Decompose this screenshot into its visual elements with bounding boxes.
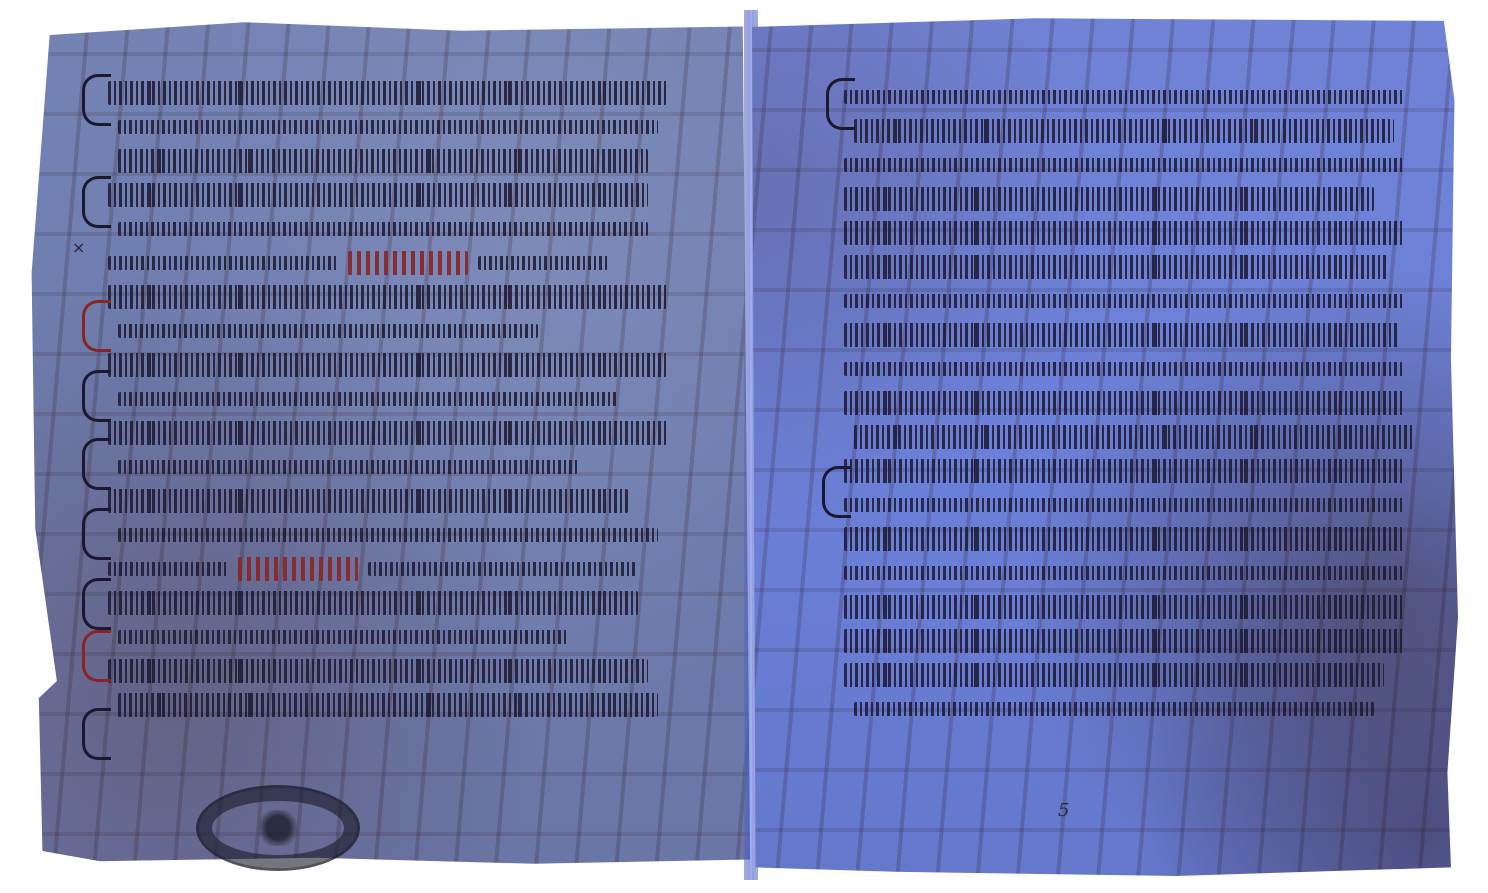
initial-letter-rubric	[82, 630, 111, 682]
text-line	[108, 518, 708, 552]
left-page	[28, 18, 750, 868]
text-line	[108, 382, 708, 416]
library-stamp	[196, 785, 360, 871]
text-line	[844, 386, 1424, 420]
text-line	[108, 416, 708, 450]
text-line	[108, 348, 708, 382]
rubric	[238, 557, 358, 581]
initial-letter	[82, 708, 111, 760]
text-line	[844, 658, 1424, 692]
margin-mark: ×	[72, 238, 85, 257]
text-line	[844, 284, 1424, 318]
text-line	[108, 586, 708, 620]
folio-number: 5	[1058, 800, 1069, 821]
text-line	[108, 484, 708, 518]
text-line	[844, 148, 1424, 182]
text-line	[108, 450, 708, 484]
text-line	[108, 552, 708, 586]
stamp-emblem-icon	[255, 810, 301, 846]
text-line	[844, 692, 1424, 726]
text-line	[108, 246, 708, 280]
text-line	[108, 110, 708, 144]
text-line	[844, 80, 1424, 114]
text-line	[844, 318, 1424, 352]
text-line	[844, 590, 1424, 624]
text-line	[108, 178, 708, 212]
right-text-block	[844, 80, 1424, 726]
text-line	[844, 522, 1424, 556]
text-line	[108, 280, 708, 314]
text-line	[108, 76, 708, 110]
initial-letter	[82, 578, 111, 630]
text-line	[844, 556, 1424, 590]
text-line	[844, 454, 1424, 488]
text-line	[844, 250, 1424, 284]
initial-letter	[822, 466, 851, 518]
text-line	[108, 144, 708, 178]
rubric	[348, 251, 468, 275]
initial-letter	[82, 74, 111, 126]
text-line	[108, 314, 708, 348]
initial-letter	[82, 176, 111, 228]
initial-letter	[826, 78, 855, 130]
initial-letter	[82, 438, 111, 490]
text-line	[844, 352, 1424, 386]
text-line	[844, 420, 1424, 454]
initial-letter	[82, 508, 111, 560]
text-line	[844, 182, 1424, 216]
left-text-block	[108, 76, 708, 722]
initial-letter-rubric	[82, 300, 111, 352]
text-line	[844, 488, 1424, 522]
text-line	[844, 114, 1424, 148]
text-line	[108, 654, 708, 688]
text-line	[108, 212, 708, 246]
text-line	[844, 624, 1424, 658]
right-page	[752, 14, 1458, 876]
text-line	[108, 688, 708, 722]
initial-letter	[82, 370, 111, 422]
text-line	[108, 620, 708, 654]
text-line	[844, 216, 1424, 250]
